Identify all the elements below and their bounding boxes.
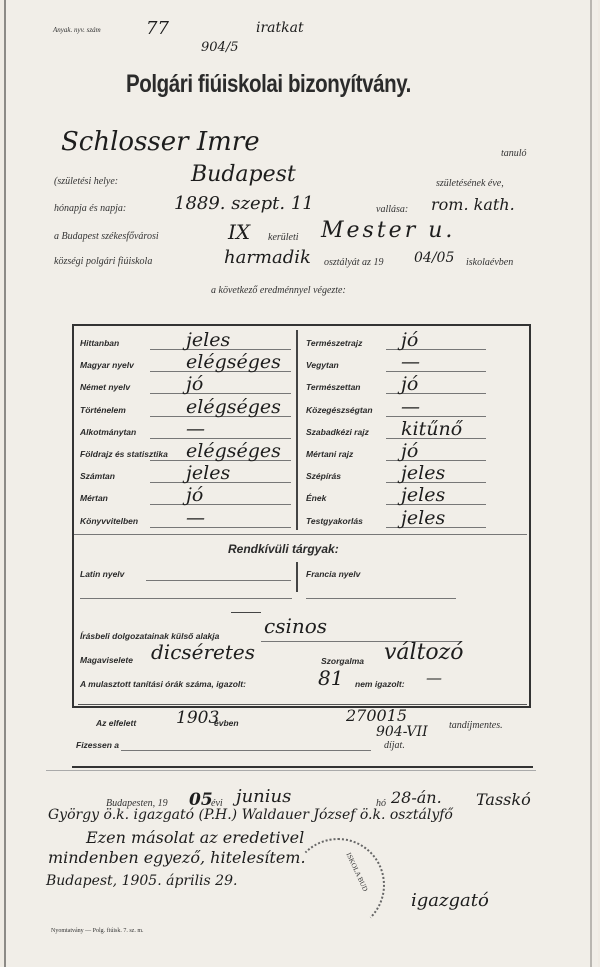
year-label: iskolaévben — [466, 257, 513, 268]
footer-month: junius — [236, 786, 291, 807]
fees-ref2: 904-VII — [376, 724, 428, 740]
footer-note-line-1: Tasskó — [476, 790, 531, 809]
right-subject: Szépírás — [306, 471, 341, 481]
religion-value: rom. kath. — [431, 195, 515, 214]
page-rule — [46, 770, 536, 771]
register-label: Anyak. nyv. szám — [53, 26, 101, 34]
birthplace-label: (születési helye: — [54, 176, 118, 187]
extra-subject-french: Francia nyelv — [306, 569, 360, 579]
left-subject: Mértan — [80, 493, 108, 503]
absence-label: A mulasztott tanítási órák száma, igazol… — [80, 679, 246, 689]
extra-divider — [296, 562, 298, 592]
fees-pay-label: Fizessen a — [76, 740, 119, 750]
page-edge — [590, 0, 592, 967]
written-work-value: csinos — [264, 614, 327, 638]
district-label: kerületi — [268, 232, 299, 243]
right-subject: Testgyakorlás — [306, 516, 363, 526]
extra-french-line — [306, 598, 456, 599]
extra-latin-line-2 — [80, 598, 292, 599]
city-label: a Budapest székesfővárosi — [54, 231, 159, 242]
grades-divider — [296, 330, 298, 530]
right-grade-value: kitűnő — [401, 418, 462, 440]
left-subject: Földrajz és statisztika — [80, 449, 168, 459]
religion-label: vallása: — [376, 204, 408, 215]
district-value: IX — [228, 220, 250, 244]
left-grade-line — [150, 438, 291, 439]
right-subject: Ének — [306, 493, 326, 503]
absence-justified-value: 81 — [318, 666, 343, 690]
fees-ref: 270015 — [346, 706, 407, 725]
certificate-page: Anyak. nyv. szám 77 904/5 iratkat Polgár… — [4, 0, 598, 967]
left-subject: Német nyelv — [80, 382, 130, 392]
left-grade-value: elégséges — [186, 351, 281, 373]
extra-subjects-heading: Rendkívüli tárgyak: — [228, 542, 339, 556]
register-number: 77 — [146, 18, 169, 39]
footer-note-line-2: György ö.k. igazgató (P.H.) Waldauer Józ… — [48, 807, 453, 823]
signature: igazgató — [411, 890, 489, 911]
left-subject: Magyar nyelv — [80, 360, 134, 370]
right-subject: Természettan — [306, 382, 360, 392]
fees-fee-label: díjat. — [384, 740, 405, 751]
left-subject: Alkotmánytan — [80, 427, 136, 437]
left-grade-value: — — [186, 507, 205, 529]
extra-subject-latin: Latin nyelv — [80, 569, 124, 579]
printer-note: Nyomtatvány — Polg. fiúisk. 7. sz. m. — [51, 928, 144, 934]
left-subject: Számtan — [80, 471, 115, 481]
left-grade-value: jeles — [186, 462, 230, 484]
left-grade-line — [150, 504, 291, 505]
left-subject: Történelem — [80, 405, 126, 415]
right-grade-value: — — [401, 351, 420, 373]
footer-note-line-5: Budapest, 1905. április 29. — [46, 873, 237, 889]
left-grade-value: jeles — [186, 329, 230, 351]
fees-paid-suffix: évben — [214, 718, 239, 728]
birth-date-value: 1889. szept. 11 — [174, 193, 314, 214]
fees-exempt-label: tandíjmentes. — [449, 720, 503, 731]
footer-note-line-4: mindenben egyező, hitelesítem. — [48, 848, 306, 867]
right-grade-value: jó — [401, 440, 418, 462]
page-title: Polgári fiúiskolai bizonyítvány. — [126, 70, 411, 99]
school-label: községi polgári fiúiskola — [54, 256, 152, 267]
absence-unjustified-label: nem igazolt: — [355, 679, 405, 689]
right-subject: Szabadkézi rajz — [306, 427, 369, 437]
behavior-label: Magaviselete — [80, 655, 133, 665]
school-stamp — [291, 838, 385, 932]
left-grade-line — [150, 393, 291, 394]
box-bottom-border — [72, 766, 533, 768]
student-name: Schlosser Imre — [61, 127, 260, 157]
right-subject: Mértani rajz — [306, 449, 353, 459]
right-grade-value: jeles — [401, 484, 445, 506]
ornament-rule — [231, 612, 261, 613]
birthplace-value: Budapest — [191, 162, 296, 187]
school-year-value: 04/05 — [414, 250, 454, 266]
diligence-label: Szorgalma — [321, 656, 364, 666]
birth-year-label: születésének éve, — [436, 178, 504, 189]
right-subject: Természetrajz — [306, 338, 362, 348]
grades-separator — [74, 534, 527, 535]
right-grade-value: jeles — [401, 462, 445, 484]
fees-separator — [78, 704, 527, 705]
street-value: Mester u. — [321, 218, 455, 243]
left-grade-line — [150, 527, 291, 528]
right-subject: Közegészségtan — [306, 405, 373, 415]
left-subject: Könyvvitelben — [80, 516, 138, 526]
right-grade-value: jó — [401, 329, 418, 351]
left-grade-value: — — [186, 418, 205, 440]
class-label: osztályát az 19 — [324, 257, 383, 268]
left-grade-value: elégséges — [186, 440, 281, 462]
behavior-value: dicséretes — [151, 640, 255, 664]
left-grade-value: elégséges — [186, 396, 281, 418]
absence-unjustified-value: — — [426, 668, 442, 687]
class-value: harmadik — [224, 247, 311, 268]
fees-pay-line — [121, 750, 371, 751]
footer-day: 28-án. — [391, 788, 442, 807]
right-grade-value: jeles — [401, 507, 445, 529]
right-subject: Vegytan — [306, 360, 339, 370]
result-intro: a következő eredménnyel végezte: — [211, 285, 346, 296]
left-subject: Hittanban — [80, 338, 119, 348]
left-grade-value: jó — [186, 484, 203, 506]
extra-latin-line — [146, 580, 291, 581]
fees-paid-prefix: Az elfelett — [96, 718, 136, 728]
register-year: 904/5 — [201, 40, 238, 55]
fees-paid-year: 1903 — [176, 708, 219, 728]
left-grade-value: jó — [186, 373, 203, 395]
right-grade-value: jó — [401, 373, 418, 395]
register-note: iratkat — [256, 20, 304, 36]
student-label: tanuló — [501, 148, 527, 159]
month-day-label: hónapja és napja: — [54, 203, 126, 214]
footer-note-line-3: Ezen másolat az eredetivel — [86, 828, 304, 847]
diligence-value: változó — [384, 640, 464, 665]
right-grade-value: — — [401, 396, 420, 418]
